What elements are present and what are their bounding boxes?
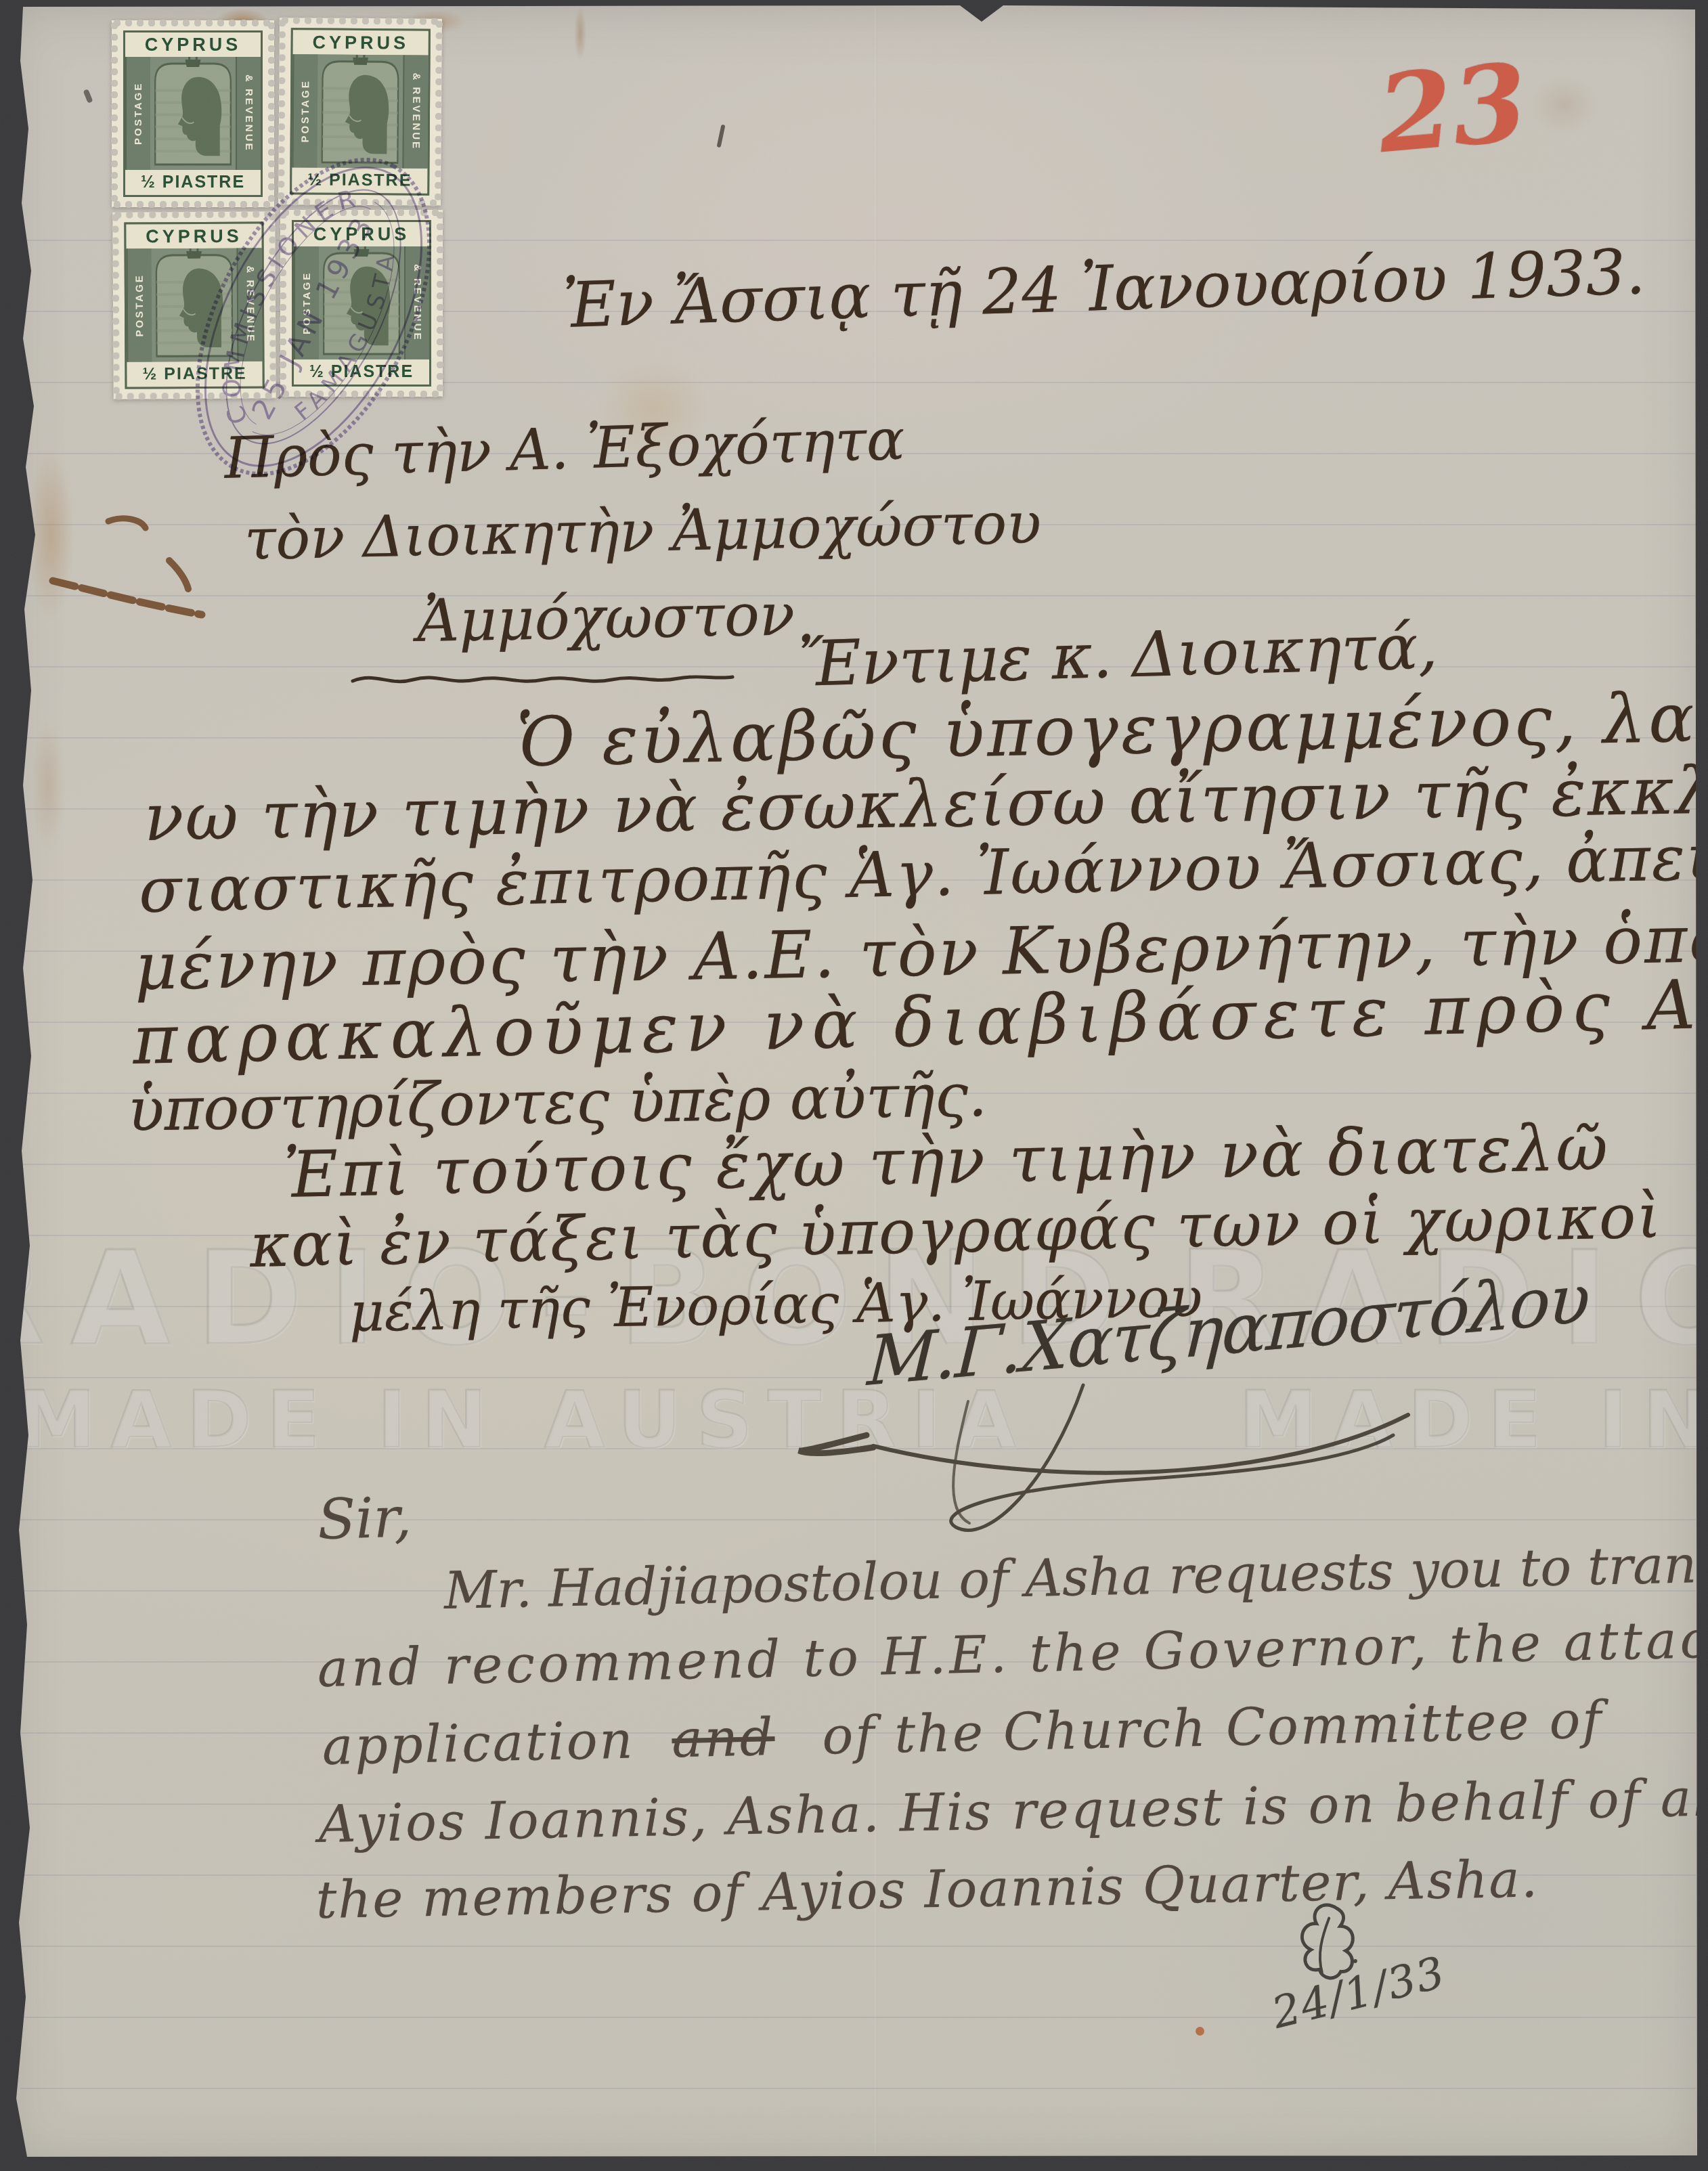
letter-paper: RADIO-BOND RADIO-BOND MADE IN AUSTRIA MA…: [0, 0, 1708, 2171]
ink-speck: [83, 89, 93, 104]
crown-icon: [353, 55, 368, 65]
crown-icon: [185, 57, 201, 67]
perforation: [112, 19, 274, 27]
english-salutation: Sir,: [317, 1485, 412, 1552]
stamp-country-label: CYPRUS: [293, 30, 429, 55]
english-line-part: application: [322, 1709, 635, 1776]
ink-check-mark: [41, 501, 230, 636]
address-line-3: Ἀμμόχωστον: [416, 581, 795, 655]
document-scan: { "annotations": { "red_number": "23", "…: [0, 0, 1708, 2171]
strikethrough-word: and: [672, 1707, 776, 1769]
postmark-oval: COMMISSIONER FAMAGUSTA 25 JAN 1933: [122, 148, 505, 494]
rust-stain: [574, 7, 586, 61]
red-crayon-number: 23: [1373, 40, 1532, 177]
stamp-country-label: CYPRUS: [125, 32, 261, 57]
paper-stain: [1530, 74, 1598, 135]
perforation: [110, 20, 118, 207]
ink-speck: [717, 125, 726, 148]
address-underline: [349, 667, 738, 692]
